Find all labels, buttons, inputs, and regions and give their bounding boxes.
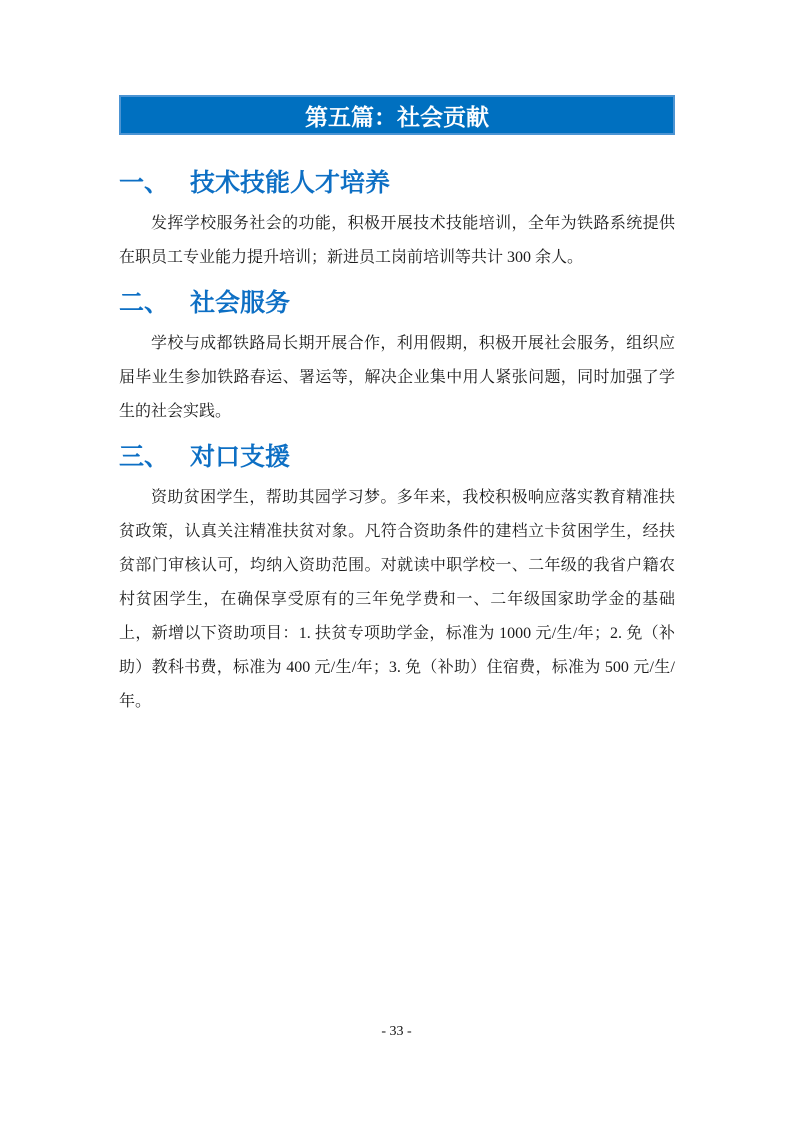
page-number: - 33 - <box>381 1024 411 1039</box>
section-number: 二、 <box>119 289 169 317</box>
section-title: 技术技能人才培养 <box>190 169 390 197</box>
section-paragraph: 发挥学校服务社会的功能，积极开展技术技能培训，全年为铁路系统提供在职员工专业能力… <box>119 207 675 275</box>
section-title: 对口支援 <box>190 443 290 471</box>
section-title: 社会服务 <box>190 289 290 317</box>
section-heading: 二、社会服务 <box>119 289 675 317</box>
section-social-service: 二、社会服务 学校与成都铁路局长期开展合作，利用假期，积极开展社会服务，组织应届… <box>119 289 675 429</box>
chapter-title: 第五篇：社会贡献 <box>305 99 489 132</box>
section-counterpart-support: 三、对口支援 资助贫困学生，帮助其园学习梦。多年来，我校积极响应落实教育精准扶贫… <box>119 443 675 719</box>
section-number: 一、 <box>119 169 169 197</box>
section-number: 三、 <box>119 443 169 471</box>
page-footer: - 33 - <box>0 1022 793 1042</box>
section-paragraph: 学校与成都铁路局长期开展合作，利用假期，积极开展社会服务，组织应届毕业生参加铁路… <box>119 327 675 429</box>
section-skill-talent-training: 一、技术技能人才培养 发挥学校服务社会的功能，积极开展技术技能培训，全年为铁路系… <box>119 169 675 275</box>
section-heading: 一、技术技能人才培养 <box>119 169 675 197</box>
section-paragraph: 资助贫困学生，帮助其园学习梦。多年来，我校积极响应落实教育精准扶贫政策，认真关注… <box>119 481 675 719</box>
chapter-title-banner: 第五篇：社会贡献 <box>119 95 675 135</box>
section-heading: 三、对口支援 <box>119 443 675 471</box>
page-content: 第五篇：社会贡献 一、技术技能人才培养 发挥学校服务社会的功能，积极开展技术技能… <box>119 95 675 733</box>
document-page: 第五篇：社会贡献 一、技术技能人才培养 发挥学校服务社会的功能，积极开展技术技能… <box>0 0 793 1122</box>
